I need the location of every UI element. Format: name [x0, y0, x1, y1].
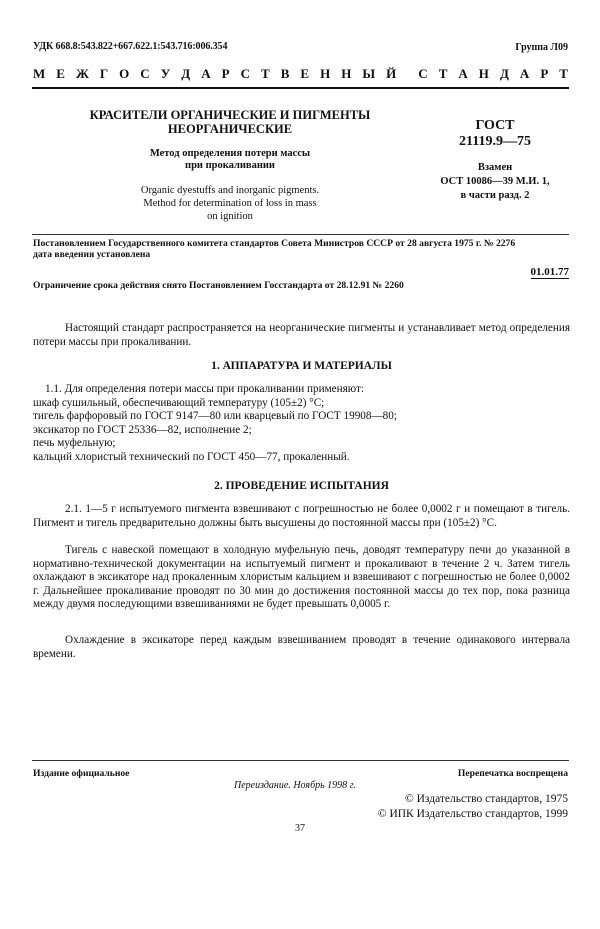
replace-line: ОСТ 10086—39 М.И. 1,	[420, 175, 570, 189]
list-item: кальций хлористый технический по ГОСТ 45…	[33, 451, 570, 465]
decree-line: дата введения установлена	[33, 249, 570, 260]
list-item: печь муфельную;	[33, 437, 570, 451]
decree-text: Постановлением Государственного комитета…	[33, 238, 570, 260]
heading-letter: Е	[56, 66, 65, 82]
paragraph: Тигель с навеской помещают в холодную му…	[33, 544, 570, 612]
heading-letter: Т	[559, 66, 568, 82]
reprint-prohibited-label: Перепечатка воспрещена	[458, 768, 568, 779]
heading-letter: Й	[386, 66, 396, 82]
udk-code: УДК 668.8:543.822+667.622.1:543.716:006.…	[33, 41, 227, 52]
gost-number: 21119.9—75	[420, 134, 570, 150]
heading-letter: А	[520, 66, 529, 82]
heading-letter: Г	[100, 66, 108, 82]
paragraph: Охлаждение в эксикаторе перед каждым взв…	[33, 634, 570, 661]
gost-designation-block: ГОСТ 21119.9—75 Взамен ОСТ 10086—39 М.И.…	[420, 118, 570, 203]
english-title-line: on ignition	[85, 210, 375, 223]
heading-letter: А	[458, 66, 467, 82]
heading-letter: А	[201, 66, 210, 82]
interstate-standard-heading: М Е Ж Г О С У Д А Р С Т В Е Н Н Ы Й С Т …	[33, 66, 568, 82]
english-title-line: Organic dyestuffs and inorganic pigments…	[85, 184, 375, 197]
subtitle-line: при прокаливании	[85, 160, 375, 172]
heading-letter: Н	[320, 66, 330, 82]
heading-letter: С	[241, 66, 250, 82]
title-line: КРАСИТЕЛИ ОРГАНИЧЕСКИЕ И ПИГМЕНТЫ	[85, 108, 375, 122]
heading-letter: Т	[439, 66, 448, 82]
heading-letter: О	[119, 66, 129, 82]
heading-letter: М	[33, 66, 45, 82]
heading-letter: Д	[500, 66, 509, 82]
heading-letter: Н	[479, 66, 489, 82]
limit-removal-text: Ограничение срока действия снято Постано…	[33, 280, 404, 291]
footer-rule	[32, 760, 569, 761]
intro-paragraph: Настоящий стандарт распространяется на н…	[33, 322, 570, 349]
replace-line: в части разд. 2	[420, 189, 570, 203]
heading-letter: С	[140, 66, 149, 82]
list-item: эксикатор по ГОСТ 25336—82, исполнение 2…	[33, 424, 570, 438]
header-rule	[32, 87, 569, 89]
introduction-date: 01.01.77	[531, 266, 570, 279]
group-code: Группа Л09	[515, 42, 568, 53]
heading-letter: Д	[181, 66, 190, 82]
decree-rule	[32, 234, 569, 235]
heading-letter: Р	[222, 66, 230, 82]
section-1-list: 1.1. Для определения потери массы при пр…	[33, 383, 570, 465]
subtitle-line: Метод определения потери массы	[85, 148, 375, 160]
heading-letter: У	[161, 66, 171, 82]
page-number: 37	[0, 823, 600, 834]
heading-letter: Е	[300, 66, 309, 82]
decree-line: Постановлением Государственного комитета…	[33, 238, 570, 249]
list-item: тигель фарфоровый по ГОСТ 9147—80 или кв…	[33, 410, 570, 424]
english-title-line: Method for determination of loss in mass	[85, 197, 375, 210]
official-edition-label: Издание официальное	[33, 768, 129, 779]
copyright-block: © Издательство стандартов, 1975 © ИПК Из…	[378, 792, 568, 822]
heading-letter: Ы	[362, 66, 375, 82]
heading-letter: Ж	[76, 66, 89, 82]
copyright-line: © Издательство стандартов, 1975	[378, 792, 568, 807]
document-title-block: КРАСИТЕЛИ ОРГАНИЧЕСКИЕ И ПИГМЕНТЫ НЕОРГА…	[85, 108, 375, 223]
title-line: НЕОРГАНИЧЕСКИЕ	[85, 122, 375, 136]
paragraph: 2.1. 1—5 г испытуемого пигмента взвешива…	[33, 503, 570, 530]
list-item: шкаф сушильный, обеспечивающий температу…	[33, 397, 570, 411]
section-1-title: 1. АППАРАТУРА И МАТЕРИАЛЫ	[33, 360, 570, 372]
copyright-line: © ИПК Издательство стандартов, 1999	[378, 807, 568, 822]
list-item: 1.1. Для определения потери массы при пр…	[33, 383, 570, 397]
reissue-note: Переиздание. Ноябрь 1998 г.	[234, 780, 356, 791]
heading-letter: Т	[261, 66, 270, 82]
gost-label: ГОСТ	[420, 118, 570, 134]
replace-label: Взамен	[420, 161, 570, 175]
heading-letter: С	[418, 66, 427, 82]
section-2-title: 2. ПРОВЕДЕНИЕ ИСПЫТАНИЯ	[33, 480, 570, 492]
heading-letter: Н	[341, 66, 351, 82]
heading-letter: Р	[540, 66, 548, 82]
heading-letter: В	[281, 66, 290, 82]
